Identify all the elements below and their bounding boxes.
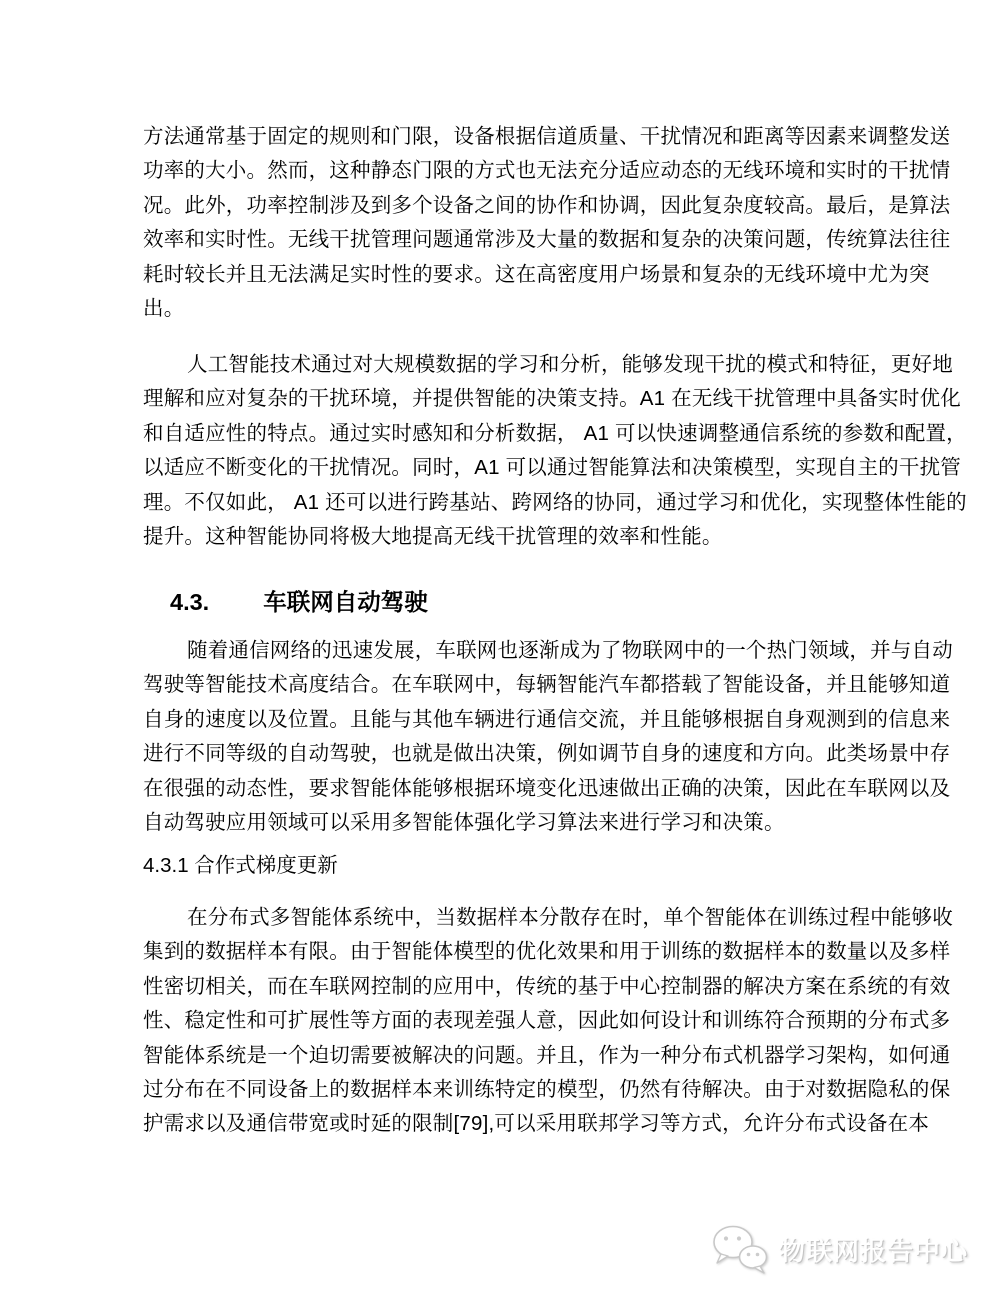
text-line: 过分布在不同设备上的数据样本来训练特定的模型，仍然有待解决。由于对数据隐私的保	[143, 1073, 870, 1107]
text-line: 以适应不断变化的干扰情况。同时，A1 可以通过智能算法和决策模型，实现自主的干扰…	[143, 451, 870, 485]
subsection-heading: 4.3.1 合作式梯度更新	[143, 850, 338, 882]
text-line: 出。	[143, 292, 870, 326]
section-number: 4.3.	[170, 589, 209, 615]
text-line: 护需求以及通信带宽或时延的限制[79],可以采用联邦学习等方式，允许分布式设备在…	[143, 1107, 870, 1141]
text-line: 在分布式多智能体系统中，当数据样本分散存在时，单个智能体在训练过程中能够收	[143, 901, 870, 935]
watermark: 物联网报告中心	[711, 1223, 968, 1275]
text-line: 性密切相关，而在车联网控制的应用中，传统的基于中心控制器的解决方案在系统的有效	[143, 970, 870, 1004]
paragraph-2: 人工智能技术通过对大规模数据的学习和分析，能够发现干扰的模式和特征，更好地 理解…	[143, 348, 870, 554]
section-heading: 4.3.车联网自动驾驶	[170, 584, 428, 620]
section-title: 车联网自动驾驶	[263, 589, 428, 615]
text-line: 耗时较长并且无法满足实时性的要求。这在高密度用户场景和复杂的无线环境中尤为突	[143, 258, 870, 292]
paragraph-4: 在分布式多智能体系统中，当数据样本分散存在时，单个智能体在训练过程中能够收 集到…	[143, 901, 870, 1142]
text-line: 理解和应对复杂的干扰环境，并提供智能的决策支持。A1 在无线干扰管理中具备实时优…	[143, 382, 870, 416]
text-line: 效率和实时性。无线干扰管理问题通常涉及大量的数据和复杂的决策问题，传统算法往往	[143, 223, 870, 257]
paragraph-1: 方法通常基于固定的规则和门限，设备根据信道质量、干扰情况和距离等因素来调整发送 …	[143, 120, 870, 326]
document-page: 方法通常基于固定的规则和门限，设备根据信道质量、干扰情况和距离等因素来调整发送 …	[0, 0, 1000, 1293]
text-line: 自身的速度以及位置。且能与其他车辆进行通信交流，并且能够根据自身观测到的信息来	[143, 703, 870, 737]
text-line: 性、稳定性和可扩展性等方面的表现差强人意，因此如何设计和训练符合预期的分布式多	[143, 1004, 870, 1038]
text-line: 自动驾驶应用领域可以采用多智能体强化学习算法来进行学习和决策。	[143, 806, 870, 840]
watermark-text: 物联网报告中心	[779, 1231, 968, 1268]
paragraph-3: 随着通信网络的迅速发展，车联网也逐渐成为了物联网中的一个热门领域，并与自动 驾驶…	[143, 634, 870, 840]
text-line: 功率的大小。然而，这种静态门限的方式也无法充分适应动态的无线环境和实时的干扰情	[143, 154, 870, 188]
text-line: 进行不同等级的自动驾驶，也就是做出决策，例如调节自身的速度和方向。此类场景中存	[143, 737, 870, 771]
text-line: 随着通信网络的迅速发展，车联网也逐渐成为了物联网中的一个热门领域，并与自动	[143, 634, 870, 668]
text-line: 方法通常基于固定的规则和门限，设备根据信道质量、干扰情况和距离等因素来调整发送	[143, 120, 870, 154]
text-line: 驾驶等智能技术高度结合。在车联网中，每辆智能汽车都搭载了智能设备，并且能够知道	[143, 668, 870, 702]
text-line: 智能体系统是一个迫切需要被解决的问题。并且，作为一种分布式机器学习架构，如何通	[143, 1039, 870, 1073]
text-line: 集到的数据样本有限。由于智能体模型的优化效果和用于训练的数据样本的数量以及多样	[143, 935, 870, 969]
text-line: 在很强的动态性，要求智能体能够根据环境变化迅速做出正确的决策，因此在车联网以及	[143, 772, 870, 806]
text-line: 况。此外，功率控制涉及到多个设备之间的协作和协调，因此复杂度较高。最后，是算法	[143, 189, 870, 223]
wechat-icon	[711, 1223, 769, 1275]
text-line: 人工智能技术通过对大规模数据的学习和分析，能够发现干扰的模式和特征，更好地	[143, 348, 870, 382]
text-line: 理。不仅如此， A1 还可以进行跨基站、跨网络的协同，通过学习和优化，实现整体性…	[143, 486, 870, 520]
text-line: 提升。这种智能协同将极大地提高无线干扰管理的效率和性能。	[143, 520, 870, 554]
text-line: 和自适应性的特点。通过实时感知和分析数据， A1 可以快速调整通信系统的参数和配…	[143, 417, 870, 451]
